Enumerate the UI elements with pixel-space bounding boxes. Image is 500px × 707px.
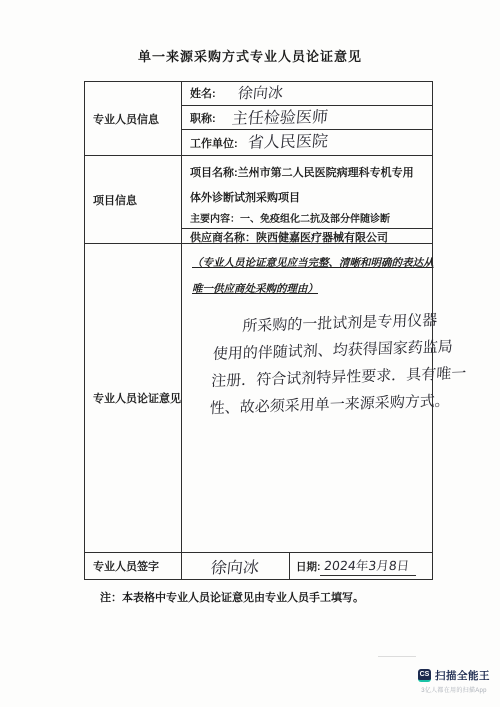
title-field-row: 职称: 主任检验医师 bbox=[182, 106, 432, 131]
opinion-instruction-line2: 唯一供应商处采购的理由） bbox=[192, 283, 318, 295]
footer-note: 注：本表格中专业人员论证意见由专业人员手工填写。 bbox=[100, 589, 364, 605]
main-content-text: 主要内容：一、免疫组化二抗及部分伴随诊断 bbox=[190, 212, 424, 228]
project-name-cell: 项目名称:兰州市第二人民医院病理科专机专用体外诊断试剂采购项目 主要内容：一、免… bbox=[182, 156, 432, 229]
scan-artifact-line bbox=[378, 656, 416, 657]
form-table: 专业人员信息 姓名: 徐向冰 职称: 主任检验医师 工作单位: 省人民医院 项目… bbox=[84, 81, 433, 580]
signature-label: 专业人员签字 bbox=[85, 553, 182, 579]
camscanner-logo-icon: CS bbox=[418, 669, 431, 682]
opinion-section-label: 专业人员论证意见 bbox=[85, 244, 182, 552]
scanned-document-page: 单一来源采购方式专业人员论证意见 专业人员信息 姓名: 徐向冰 职称: 主任检验… bbox=[0, 0, 500, 707]
document-title: 单一来源采购方式专业人员论证意见 bbox=[0, 46, 500, 65]
signature-row: 专业人员签字 徐向冰 日期: 2024年3月8日 bbox=[85, 553, 432, 579]
title-handwritten-value: 主任检验医师 bbox=[231, 104, 329, 129]
supplier-cell: 供应商名称：陕西健嘉医疗器械有限公司 bbox=[182, 229, 432, 245]
title-label: 职称: bbox=[190, 110, 216, 126]
signature-handwritten: 徐向冰 bbox=[210, 554, 260, 578]
signature-cell: 徐向冰 bbox=[182, 553, 290, 579]
camscanner-tagline: 3亿人都在用的扫描App bbox=[421, 685, 487, 694]
name-field-row: 姓名: 徐向冰 bbox=[182, 82, 432, 106]
opinion-content-cell: （专业人员论证意见应当完整、清晰和明确的表达从 唯一供应商处采购的理由） 所采购… bbox=[182, 244, 477, 552]
name-handwritten-value: 徐向冰 bbox=[237, 81, 284, 103]
project-info-row: 项目信息 项目名称:兰州市第二人民医院病理科专机专用体外诊断试剂采购项目 主要内… bbox=[85, 156, 432, 244]
work-unit-handwritten-value: 省人民医院 bbox=[247, 128, 329, 152]
project-name-text: 项目名称:兰州市第二人民医院病理科专机专用体外诊断试剂采购项目 bbox=[190, 161, 424, 211]
opinion-instruction-line1: （专业人员论证意见应当完整、清晰和明确的表达从 bbox=[192, 257, 434, 269]
date-handwritten-value: 2024年3月8日 bbox=[319, 556, 417, 576]
personnel-info-section-label: 专业人员信息 bbox=[85, 82, 182, 155]
camscanner-watermark: CS 扫描全能王 3亿人都在用的扫描App bbox=[418, 668, 490, 694]
opinion-handwritten-text: 所采购的一批试剂是专用仪器 使用的伴随试剂、均获得国家药监局 注册．符合试剂特异… bbox=[209, 306, 470, 422]
personnel-info-row: 专业人员信息 姓名: 徐向冰 职称: 主任检验医师 工作单位: 省人民医院 bbox=[85, 82, 432, 156]
personnel-info-fields: 姓名: 徐向冰 职称: 主任检验医师 工作单位: 省人民医院 bbox=[182, 82, 432, 155]
name-label: 姓名: bbox=[190, 85, 216, 101]
work-unit-label: 工作单位: bbox=[190, 135, 238, 151]
opinion-instruction: （专业人员论证意见应当完整、清晰和明确的表达从 唯一供应商处采购的理由） bbox=[192, 250, 467, 302]
supplier-name-text: 供应商名称：陕西健嘉医疗器械有限公司 bbox=[190, 229, 388, 245]
work-unit-field-row: 工作单位: 省人民医院 bbox=[182, 130, 432, 155]
camscanner-logo-row: CS 扫描全能王 bbox=[418, 668, 490, 683]
opinion-row: 专业人员论证意见 （专业人员论证意见应当完整、清晰和明确的表达从 唯一供应商处采… bbox=[85, 244, 432, 553]
date-label: 日期: bbox=[296, 559, 321, 574]
project-info-section-label: 项目信息 bbox=[85, 156, 182, 243]
date-cell: 日期: 2024年3月8日 bbox=[290, 553, 432, 579]
camscanner-app-name: 扫描全能王 bbox=[435, 668, 490, 683]
project-info-fields: 项目名称:兰州市第二人民医院病理科专机专用体外诊断试剂采购项目 主要内容：一、免… bbox=[182, 156, 432, 243]
